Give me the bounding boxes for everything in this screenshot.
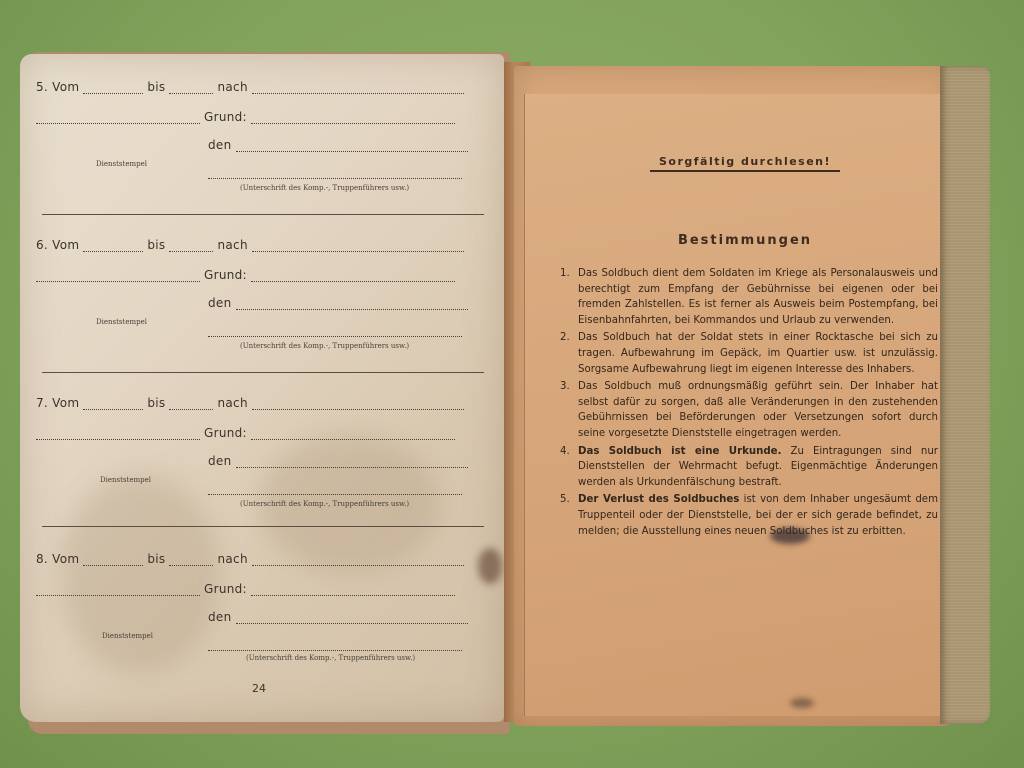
signature-caption: (Unterschrift des Komp.-, Truppenführers… <box>240 500 409 508</box>
signature-caption: (Unterschrift des Komp.-, Truppenführers… <box>240 342 409 350</box>
ink-stain <box>478 548 502 584</box>
regulation-bold-text: Das Soldbuch ist eine Urkunde. <box>578 446 781 457</box>
destination-field-continued <box>36 113 200 124</box>
destination-field <box>252 241 464 252</box>
regulation-number: 1. <box>560 266 578 328</box>
section-divider <box>42 214 484 215</box>
nach-label: nach <box>217 238 247 252</box>
section-divider <box>42 526 484 527</box>
leave-entry-8: 8. Vom bis nach Grund: den Dienststempel… <box>36 552 486 702</box>
date-field <box>236 299 468 310</box>
den-label: den <box>208 138 232 152</box>
destination-field <box>252 399 464 410</box>
date-field <box>236 141 468 152</box>
entry-number-label: 6. Vom <box>36 238 79 252</box>
regulation-item: 2. Das Soldbuch hat der Soldat stets in … <box>560 330 938 377</box>
regulations-heading: Bestimmungen <box>640 233 850 248</box>
date-field <box>236 457 468 468</box>
signature-line <box>208 484 462 495</box>
destination-field-continued <box>36 429 200 440</box>
to-date-field <box>169 241 213 252</box>
ink-blot <box>770 528 810 544</box>
signature-line <box>208 640 462 651</box>
regulation-number: 3. <box>560 379 578 441</box>
signature-caption: (Unterschrift des Komp.-, Truppenführers… <box>240 184 409 192</box>
leave-entry-6: 6. Vom bis nach Grund: den Dienststempel… <box>36 238 486 388</box>
service-stamp-label: Dienststempel <box>100 476 151 484</box>
from-date-field <box>83 399 143 410</box>
signature-caption: (Unterschrift des Komp.-, Truppenführers… <box>246 654 415 662</box>
destination-field <box>252 555 464 566</box>
regulation-item: 5. Der Verlust des Soldbuches ist von de… <box>560 492 938 539</box>
regulation-item: 3. Das Soldbuch muß ordnungsmäßig geführ… <box>560 379 938 441</box>
bis-label: bis <box>147 396 165 410</box>
leave-entry-5: 5. Vom bis nach Grund: den Dienststempel… <box>36 80 486 230</box>
grund-label: Grund: <box>204 110 247 124</box>
nach-label: nach <box>217 552 247 566</box>
den-label: den <box>208 296 232 310</box>
bis-label: bis <box>147 238 165 252</box>
from-date-field <box>83 555 143 566</box>
grund-label: Grund: <box>204 268 247 282</box>
grund-label: Grund: <box>204 582 247 596</box>
to-date-field <box>169 83 213 94</box>
section-divider <box>42 372 484 373</box>
leave-entry-7: 7. Vom bis nach Grund: den Dienststempel… <box>36 396 486 546</box>
regulations-list: 1. Das Soldbuch dient dem Soldaten im Kr… <box>560 266 938 541</box>
signature-line <box>208 326 462 337</box>
date-field <box>236 613 468 624</box>
destination-field <box>252 83 464 94</box>
cloth-binding <box>940 66 990 724</box>
entry-number-label: 8. Vom <box>36 552 79 566</box>
left-page: 5. Vom bis nach Grund: den Dienststempel… <box>20 54 504 722</box>
regulation-number: 5. <box>560 492 578 539</box>
read-carefully-notice: Sorgfältig durchlesen! <box>650 155 840 172</box>
to-date-field <box>169 399 213 410</box>
regulation-text: Das Soldbuch hat der Soldat stets in ein… <box>578 332 938 374</box>
reason-field <box>251 585 455 596</box>
bis-label: bis <box>147 552 165 566</box>
service-stamp-label: Dienststempel <box>102 632 153 640</box>
service-stamp-label: Dienststempel <box>96 318 147 326</box>
reason-field <box>251 113 455 124</box>
to-date-field <box>169 555 213 566</box>
den-label: den <box>208 610 232 624</box>
regulation-item: 4. Das Soldbuch ist eine Urkunde. Zu Ein… <box>560 444 938 491</box>
reason-field <box>251 271 455 282</box>
bis-label: bis <box>147 80 165 94</box>
page-number: 24 <box>252 682 266 695</box>
signature-line <box>208 168 462 179</box>
service-stamp-label: Dienststempel <box>96 160 147 168</box>
from-date-field <box>83 241 143 252</box>
den-label: den <box>208 454 232 468</box>
regulation-number: 4. <box>560 444 578 491</box>
regulation-item: 1. Das Soldbuch dient dem Soldaten im Kr… <box>560 266 938 328</box>
entry-number-label: 5. Vom <box>36 80 79 94</box>
destination-field-continued <box>36 585 200 596</box>
grund-label: Grund: <box>204 426 247 440</box>
regulation-text: Das Soldbuch dient dem Soldaten im Krieg… <box>578 268 938 326</box>
entry-number-label: 7. Vom <box>36 396 79 410</box>
regulation-text: Das Soldbuch muß ordnungsmäßig geführt s… <box>578 381 938 439</box>
ink-blot <box>790 698 814 708</box>
reason-field <box>251 429 455 440</box>
nach-label: nach <box>217 396 247 410</box>
regulation-bold-text: Der Verlust des Soldbuches <box>578 494 739 505</box>
from-date-field <box>83 83 143 94</box>
destination-field-continued <box>36 271 200 282</box>
regulation-number: 2. <box>560 330 578 377</box>
nach-label: nach <box>217 80 247 94</box>
